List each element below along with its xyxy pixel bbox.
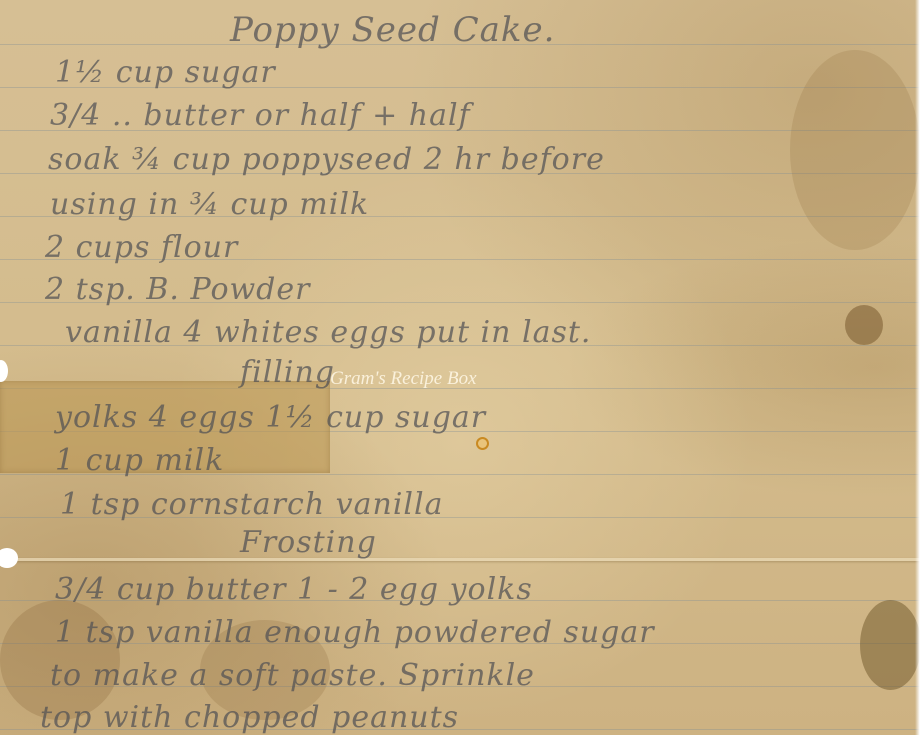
stain [845, 305, 883, 345]
stain [790, 50, 920, 250]
recipe-line: 1 cup milk [55, 443, 224, 478]
recipe-line: vanilla 4 whites eggs put in last. [65, 315, 591, 350]
torn-hole [0, 548, 18, 568]
recipe-line: 2 tsp. B. Powder [45, 272, 310, 307]
recipe-card: Poppy Seed Cake. 1½ cup sugar 3/4 .. but… [0, 0, 921, 735]
torn-edge [915, 0, 921, 735]
torn-hole [0, 360, 8, 382]
rust-spot [476, 437, 489, 450]
recipe-line: 1 tsp vanilla enough powdered sugar [55, 615, 655, 650]
recipe-title: Poppy Seed Cake. [230, 10, 555, 50]
recipe-line: using in ¾ cup milk [50, 187, 369, 222]
recipe-line: yolks 4 eggs 1½ cup sugar [55, 400, 486, 435]
recipe-line: soak ¾ cup poppyseed 2 hr before [48, 142, 605, 177]
recipe-line: 1 tsp cornstarch vanilla [60, 487, 444, 522]
recipe-line: top with chopped peanuts [40, 700, 459, 735]
fold-crease [0, 558, 921, 561]
recipe-line: 3/4 cup butter 1 - 2 egg yolks [55, 572, 533, 607]
section-heading-frosting: Frosting [240, 525, 377, 560]
recipe-line: to make a soft paste. Sprinkle [50, 658, 535, 693]
recipe-line: 1½ cup sugar [55, 55, 276, 90]
section-heading-filling: filling [240, 355, 335, 390]
recipe-line: 3/4 .. butter or half + half [50, 98, 471, 133]
stain [860, 600, 921, 690]
watermark: Gram's Recipe Box [330, 368, 477, 390]
recipe-line: 2 cups flour [45, 230, 238, 265]
